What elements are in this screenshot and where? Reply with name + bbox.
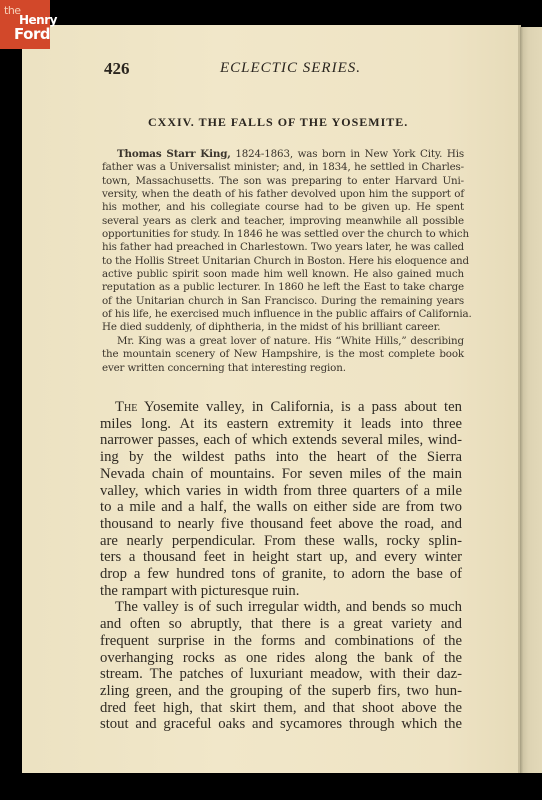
bio-line: town, Massachusetts. The son was prepari…: [102, 175, 464, 188]
page-number: 426: [104, 59, 130, 79]
bio-line: his mother, and his collegiate course ha…: [102, 201, 464, 214]
body-line: frequent surprise in the forms and combi…: [100, 633, 462, 650]
body-line: miles long. At its eastern extremity it …: [100, 416, 462, 433]
body-line: The valley is of such irregular width, a…: [100, 599, 462, 616]
bio-line: He died suddenly, of diphtheria, in the …: [102, 321, 464, 334]
essay-body: The Yosemite valley, in California, is a…: [100, 399, 462, 733]
bio-line: the mountain scenery of New Hampshire, i…: [102, 348, 464, 361]
bio-line: Thomas Starr King, 1824-1863, was born i…: [102, 148, 464, 161]
running-head: ECLECTIC SERIES.: [220, 60, 361, 77]
bio-line: of his life, he exercised much influence…: [102, 308, 464, 321]
body-line: stout and graceful oaks and sycamores th…: [100, 716, 462, 733]
body-line: ters a thousand feet in height start up,…: [100, 549, 462, 566]
body-line: to a mile and a half, the walls on eithe…: [100, 499, 462, 516]
page-header: 426 ECLECTIC SERIES.: [104, 59, 464, 81]
body-line: stream. The patches of luxuriant meadow,…: [100, 666, 462, 683]
bio-line: Mr. King was a great lover of nature. Hi…: [102, 335, 464, 348]
body-line: ing by the wildest paths into the heart …: [100, 449, 462, 466]
lead-word: The: [115, 399, 137, 415]
bio-line: his father had preached in Charlestown. …: [102, 241, 464, 254]
author-biography: Thomas Starr King, 1824-1863, was born i…: [102, 148, 464, 375]
bio-line: reputation as a public lecturer. In 1860…: [102, 281, 464, 294]
body-line: overhanging rocks as one rides along the…: [100, 650, 462, 667]
body-line: Nevada chain of mountains. For seven mil…: [100, 466, 462, 483]
bio-line: opportunities for study. In 1846 he was …: [102, 228, 464, 241]
henry-ford-logo[interactable]: the Henry Ford: [0, 0, 50, 49]
logo-text-ford: Ford: [14, 27, 50, 42]
bio-line: father was a Universalist minister; and,…: [102, 161, 464, 174]
body-line: valley, which varies in width from three…: [100, 483, 462, 500]
body-line: drop a few hundred tons of granite, to a…: [100, 566, 462, 583]
bio-line: several years as clerk and teacher, impr…: [102, 215, 464, 228]
bio-line: ever written concerning that interesting…: [102, 362, 464, 375]
body-line: The Yosemite valley, in California, is a…: [100, 399, 462, 416]
bio-line: active public spirit soon made him well …: [102, 268, 464, 281]
body-line: narrower passes, each of which extends s…: [100, 432, 462, 449]
body-line: zling green, and the grouping of the sup…: [100, 683, 462, 700]
bio-line: to the Hollis Street Unitarian Church in…: [102, 255, 464, 268]
chapter-title: CXXIV. THE FALLS OF THE YOSEMITE.: [148, 115, 408, 130]
body-line: dred feet high, that skirt them, and tha…: [100, 700, 462, 717]
bio-line: versity, when the death of his father de…: [102, 188, 464, 201]
body-line: are nearly perpendicular. From these wal…: [100, 533, 462, 550]
body-line: the rampart with picturesque ruin.: [100, 583, 462, 600]
body-line: thousand to nearly five thousand feet ab…: [100, 516, 462, 533]
body-line: and often so abruptly, that there is a g…: [100, 616, 462, 633]
author-name: Thomas Starr King,: [117, 148, 231, 160]
next-page-edge: [520, 27, 542, 773]
bio-line: of the Unitarian church in San Francisco…: [102, 295, 464, 308]
